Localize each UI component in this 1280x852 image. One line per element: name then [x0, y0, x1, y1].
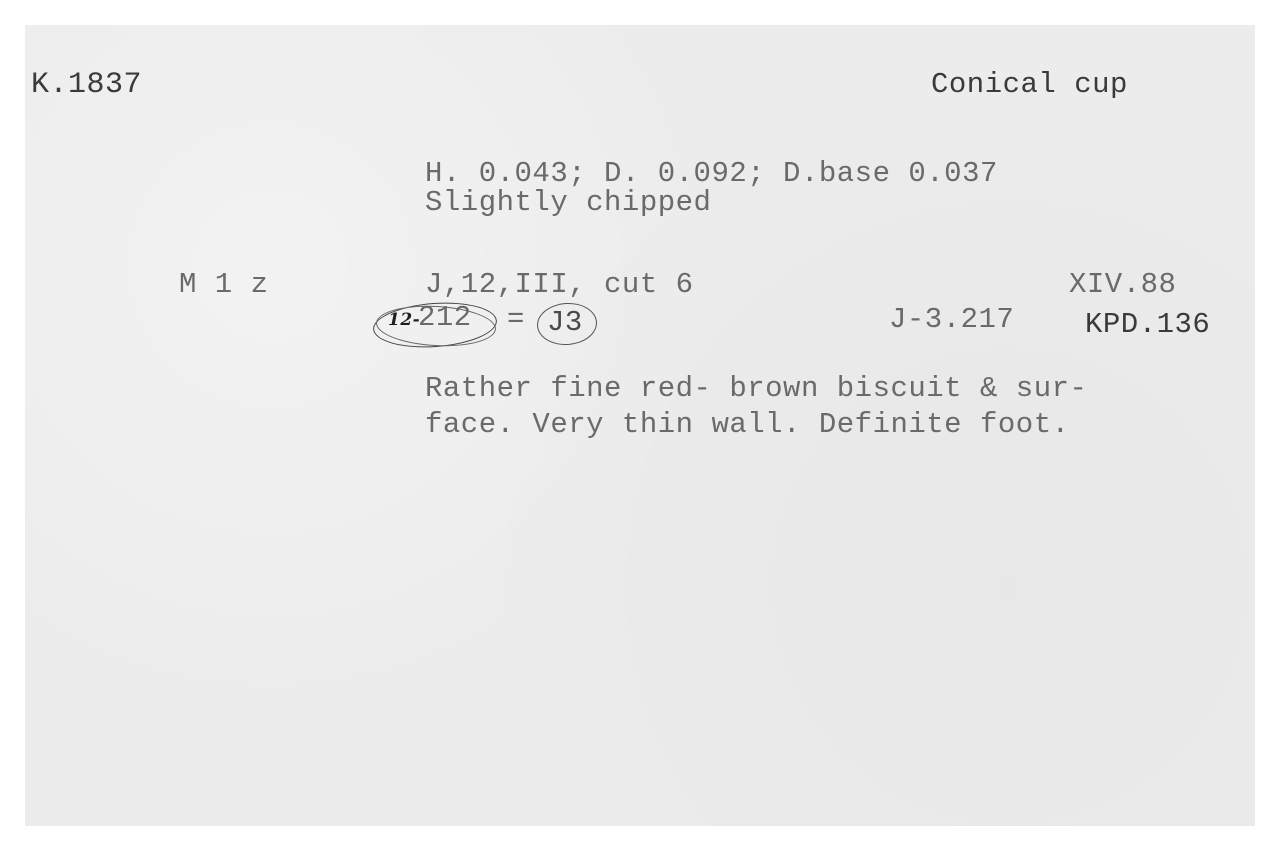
left-code: M 1 z [179, 270, 269, 299]
kpd-ref: KPD.136 [1085, 310, 1210, 339]
ref-xiv: XIV.88 [1069, 270, 1176, 299]
description-line-1: Rather fine red- brown biscuit & sur- [425, 374, 1087, 403]
circled-ref: J3 [547, 308, 583, 337]
inventory-ref: J-3.217 [889, 305, 1014, 334]
equals-sign: = [507, 305, 525, 334]
description-line-2: face. Very thin wall. Definite foot. [425, 410, 1070, 439]
object-type: Conical cup [931, 70, 1128, 99]
circled-number: 212 [418, 303, 472, 332]
catalog-card: K.1837 Conical cup H. 0.043; D. 0.092; D… [25, 25, 1255, 826]
dimensions: H. 0.043; D. 0.092; D.base 0.037 [425, 159, 998, 188]
catalog-number: K.1837 [31, 70, 142, 100]
excavation-context: J,12,III, cut 6 [425, 270, 694, 299]
condition: Slightly chipped [425, 188, 711, 217]
handwritten-prefix: 12- [388, 312, 420, 329]
